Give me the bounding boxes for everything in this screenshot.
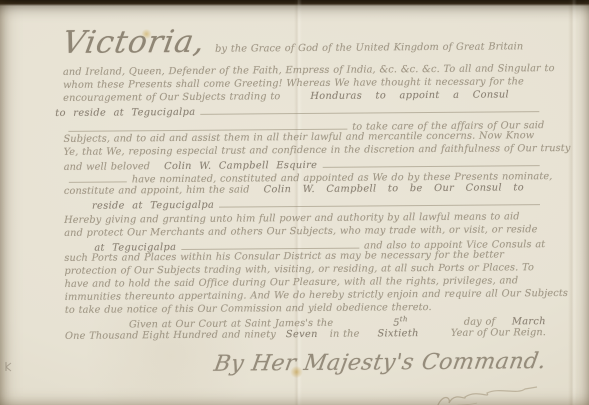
edge-mark bbox=[4, 361, 13, 372]
ruled-line bbox=[200, 102, 539, 115]
line-22-printed-a: One Thousand Eight Hundred and ninety bbox=[65, 329, 276, 342]
line-5-handwritten: to reside at Tegucigalpa bbox=[55, 107, 195, 119]
handwritten-day: 5th bbox=[393, 315, 408, 328]
line-15-handwritten: at Tegucigalpa bbox=[94, 242, 176, 254]
handwritten-regnal-year: Sixtieth bbox=[377, 328, 418, 339]
handwritten-month: March bbox=[512, 316, 546, 327]
line-22-printed-c: Year of Our Reign. bbox=[451, 327, 546, 339]
handwritten-year-word: Seven bbox=[286, 329, 318, 340]
line-12: reside at Tegucigalpa bbox=[92, 195, 545, 211]
closing-line: By Her Majesty's Command. bbox=[65, 349, 546, 387]
line-22: One Thousand Eight Hundred and ninety Se… bbox=[65, 327, 546, 344]
line-20-printed: to take due notice of this Our Commissio… bbox=[65, 302, 432, 316]
line-21-printed-b: day of bbox=[464, 317, 495, 328]
title-line: Victoria, by the Grace of God of the Uni… bbox=[63, 24, 544, 66]
signature-fragment bbox=[433, 383, 543, 405]
document-scan: Victoria, by the Grace of God of the Uni… bbox=[0, 0, 589, 405]
line-4-printed: encouragement of Our Subjects trading to bbox=[63, 91, 280, 104]
document-text: Victoria, by the Grace of God of the Uni… bbox=[63, 24, 547, 386]
line-3-printed: whom these Presents shall come Greeting!… bbox=[63, 76, 524, 91]
closing-script: By Her Majesty's Command. bbox=[212, 349, 548, 377]
day-suffix: th bbox=[400, 315, 408, 323]
line-1-printed: by the Grace of God of the United Kingdo… bbox=[215, 41, 523, 54]
line-12-handwritten: reside at Tegucigalpa bbox=[92, 200, 214, 212]
document-title: Victoria, bbox=[60, 27, 207, 58]
line-22-printed-b: in the bbox=[330, 328, 360, 339]
line-11-printed: constitute and appoint, him the said bbox=[64, 184, 250, 196]
line-9-printed: and well beloved bbox=[64, 161, 150, 173]
ruled-line bbox=[68, 119, 347, 131]
fold-crease-right bbox=[568, 0, 577, 405]
ruled-line bbox=[181, 238, 359, 249]
line-11-handwritten: Colin W. Campbell to be Our Consul to bbox=[264, 182, 524, 195]
line-16-printed: such Ports and Places within his Consula… bbox=[64, 250, 504, 264]
line-18-printed: have and to hold the said Office during … bbox=[65, 276, 519, 291]
line-4-handwritten: Honduras to appoint a Consul bbox=[310, 89, 509, 102]
line-13-printed: Hereby giving and granting unto him full… bbox=[64, 211, 520, 226]
ruled-line bbox=[69, 173, 127, 183]
line-5: to reside at Tegucigalpa bbox=[55, 102, 544, 119]
ruled-line bbox=[219, 195, 540, 208]
photo-top-border bbox=[0, 0, 589, 6]
ruled-line bbox=[322, 156, 540, 168]
